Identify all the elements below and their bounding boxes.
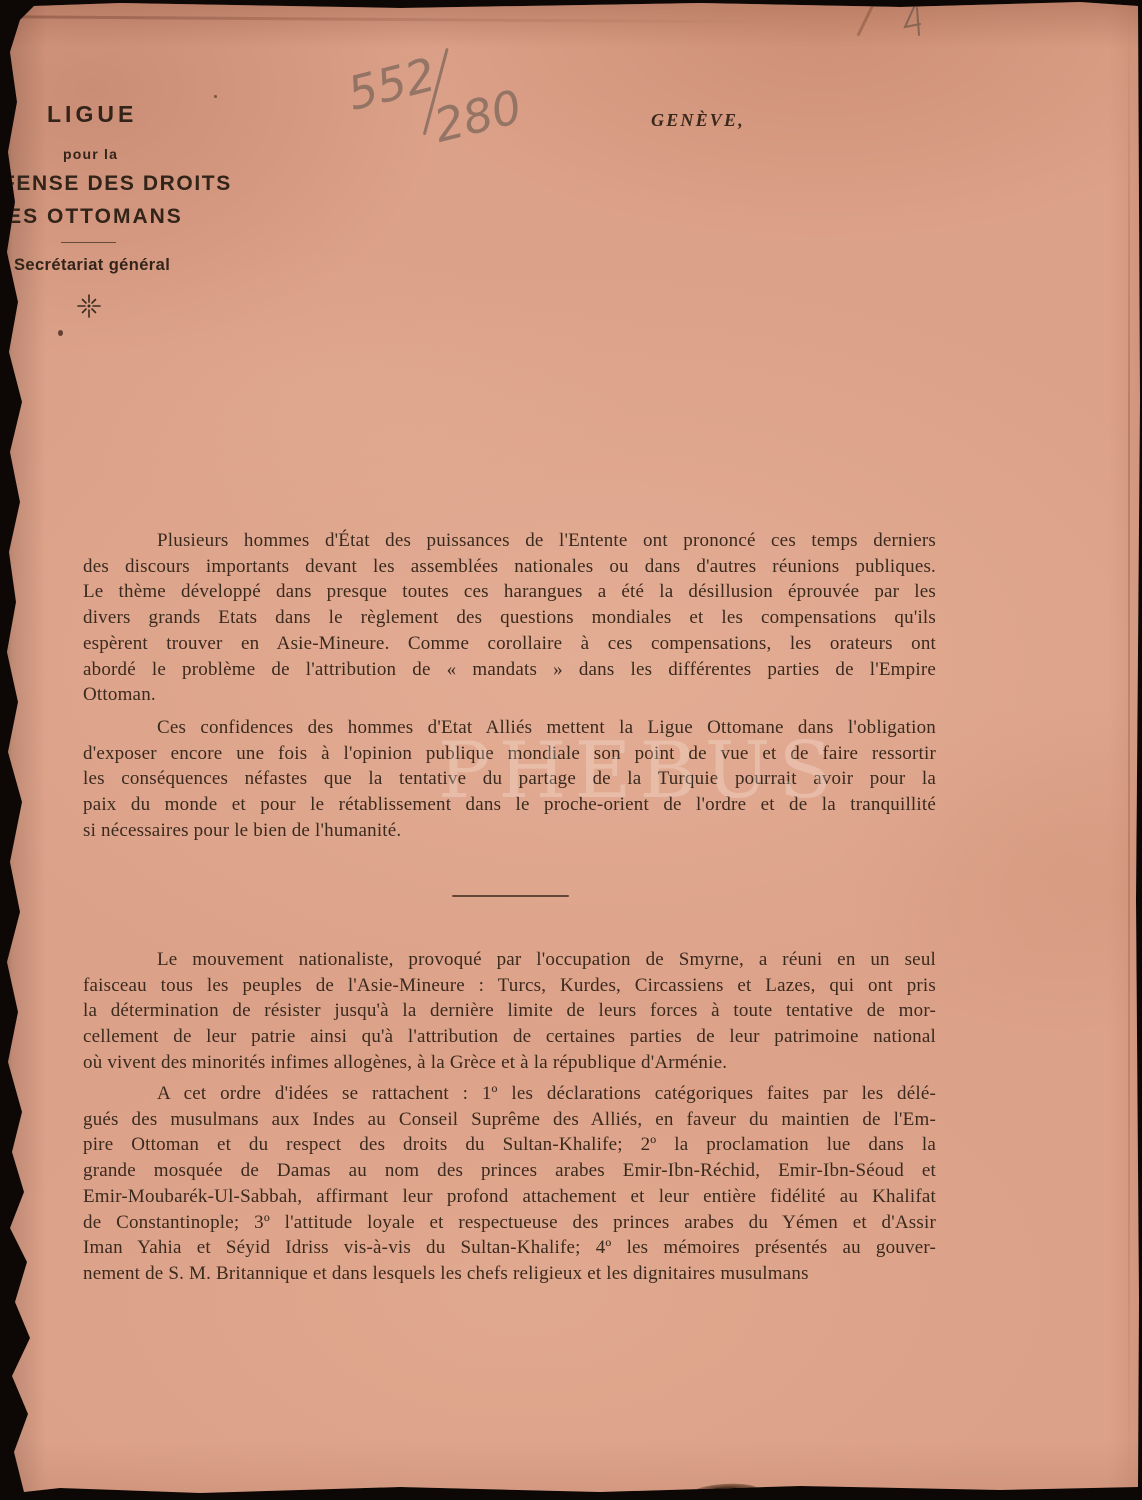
body-text: Plusieurs hommes d'État des puissances d… (83, 0, 936, 1500)
body-line: grande mosquée de Damas au nom des princ… (83, 1158, 936, 1184)
pencil-tick-icon (898, 2, 938, 40)
body-line: abordé le problème de l'attribution de «… (83, 657, 936, 683)
body-line: A cet ordre d'idées se rattachent : 1º l… (83, 1081, 936, 1107)
body-line: Le mouvement nationaliste, provoqué par … (83, 947, 936, 973)
body-line: divers grands Etats dans le règlement de… (83, 605, 936, 631)
paragraph: Le mouvement nationaliste, provoqué par … (83, 947, 936, 1076)
body-line: espèrent trouver en Asie-Mineure. Comme … (83, 631, 936, 657)
body-line: faisceau tous les peuples de l'Asie-Mine… (83, 973, 936, 999)
paragraph: A cet ordre d'idées se rattachent : 1º l… (83, 1081, 936, 1287)
handwritten-catalog-number: 552 280 (340, 32, 580, 172)
body-line: où vivent des minorités infimes allogène… (83, 1050, 936, 1076)
scan-background: LIGUE pour la FENSE DES DROITS DES OTTOM… (0, 0, 1142, 1500)
body-line: paix du monde et pour le rétablissement … (83, 792, 936, 818)
body-line: Ottoman. (83, 682, 936, 708)
body-line: Iman Yahia et Séyid Idriss vis-à-vis du … (83, 1235, 936, 1261)
document-page: LIGUE pour la FENSE DES DROITS DES OTTOM… (0, 0, 1142, 1500)
body-line: de Constantinople; 3º l'attitude loyale … (83, 1210, 936, 1236)
paper-speck (58, 330, 63, 336)
body-line: Plusieurs hommes d'État des puissances d… (83, 528, 936, 554)
body-line: cellement de leur patrie ainsi qu'à l'at… (83, 1024, 936, 1050)
paragraph: Ces confidences des hommes d'Etat Alliés… (83, 715, 936, 844)
paragraph: Plusieurs hommes d'État des puissances d… (83, 528, 936, 708)
fold-line-right (1128, 0, 1130, 1500)
handwritten-denominator: 280 (429, 79, 527, 153)
body-line: les conséquences néfastes que la tentati… (83, 766, 936, 792)
body-line: pire Ottoman et du respect des droits du… (83, 1132, 936, 1158)
handwritten-numerator: 552 (342, 47, 440, 121)
body-line: nement de S. M. Britannique et dans lesq… (83, 1261, 936, 1287)
body-line: d'exposer encore une fois à l'opinion pu… (83, 741, 936, 767)
body-line: des discours importants devant les assem… (83, 554, 936, 580)
body-line: gués des musulmans aux Indes au Conseil … (83, 1107, 936, 1133)
body-line: si nécessaires pour le bien de l'humanit… (83, 818, 936, 844)
body-line: Le thème développé dans presque toutes c… (83, 579, 936, 605)
body-line: Emir-Moubarék-Ul-Sabbah, affirmant leur … (83, 1184, 936, 1210)
body-line: Ces confidences des hommes d'Etat Alliés… (83, 715, 936, 741)
body-line: la détermination de résister jusqu'à la … (83, 998, 936, 1024)
